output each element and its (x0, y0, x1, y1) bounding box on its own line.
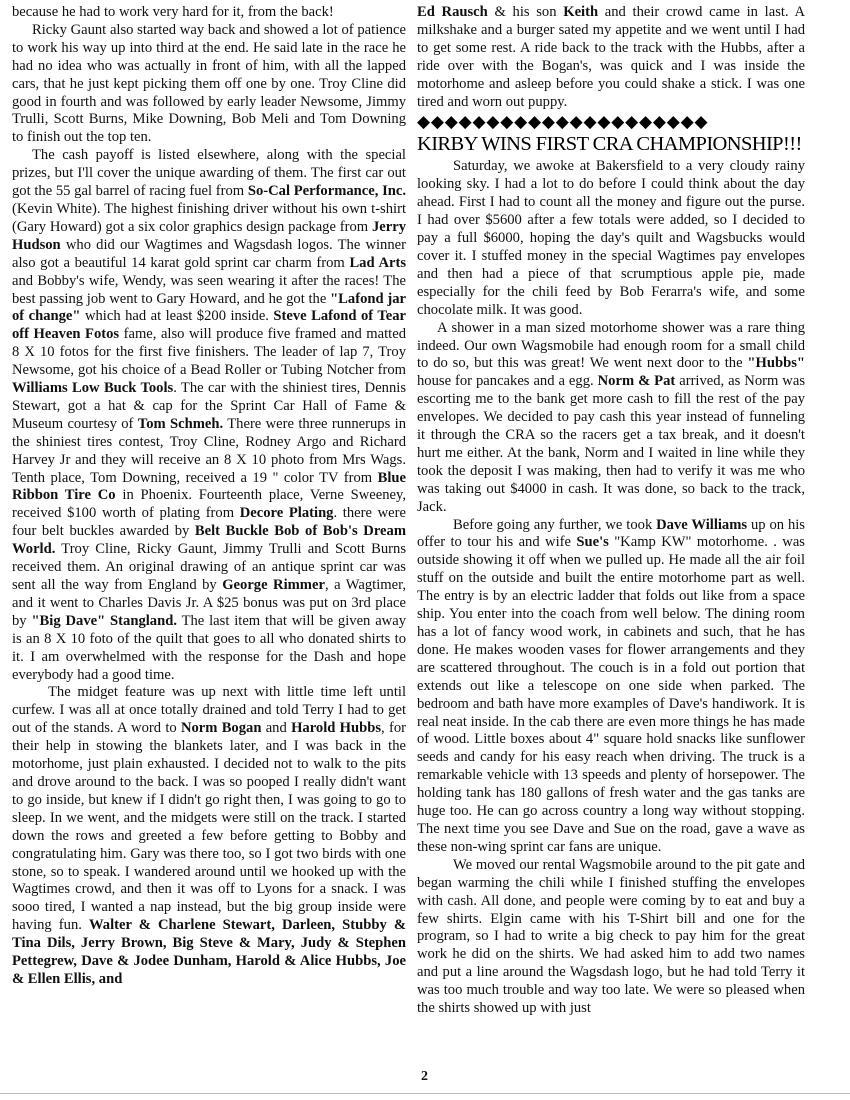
sponsor-name: Lad Arts (349, 255, 406, 271)
sponsor-name: George Rimmer (222, 577, 325, 593)
paragraph-wagsmobile-chili: We moved our rental Wagsmobile around to… (417, 857, 805, 1018)
text: which had at least $200 inside. (81, 308, 274, 324)
left-column: because he had to work very hard for it,… (12, 4, 406, 989)
page-number: 2 (421, 1068, 428, 1086)
paragraph-kamp-kw: Before going any further, we took Dave W… (417, 517, 805, 857)
paragraph-top-ten: Ricky Gaunt also started way back and sh… (12, 22, 406, 147)
person-name: Keith (563, 4, 598, 20)
article-headline: KIRBY WINS FIRST CRA CHAMPIONSHIP!!! (417, 132, 805, 156)
text: and (261, 720, 291, 736)
person-name: Norm & Pat (598, 373, 676, 389)
text: (Kevin White). The highest finishing dri… (12, 201, 406, 235)
paragraph-race-finish-intro: because he had to work very hard for it,… (12, 4, 406, 22)
person-name: Norm Bogan (181, 720, 261, 736)
person-name: Ed Rausch (417, 4, 488, 20)
person-name: Harold Hubbs (291, 720, 381, 736)
text: , for their help in stowing the blankets… (12, 720, 406, 933)
person-name: Sue's (576, 534, 608, 550)
paragraph-saturday: Saturday, we awoke at Bakersfield to a v… (417, 158, 805, 319)
sponsor-name: Tom Schmeh. (138, 416, 223, 432)
paragraph-ed-rausch: Ed Rausch & his son Keith and their crow… (417, 4, 805, 111)
sponsor-name: Decore Plating (240, 505, 334, 521)
text: and (99, 971, 123, 987)
text: arrived, as Norm was escorting me to the… (417, 373, 805, 514)
paragraph-special-prizes: The cash payoff is listed elsewhere, alo… (12, 147, 406, 684)
page-bottom-edge (0, 1093, 850, 1094)
person-name: "Hubbs" (747, 355, 805, 371)
text: house for pancakes and a egg. (417, 373, 598, 389)
text: Before going any further, we took (453, 517, 656, 533)
right-column: Ed Rausch & his son Keith and their crow… (417, 4, 805, 1018)
sponsor-name: So-Cal Performance, Inc. (248, 183, 406, 199)
person-name: Dave Williams (656, 517, 747, 533)
diamond-divider-icon: ◆◆◆◆◆◆◆◆◆◆◆◆◆◆◆◆◆◆◆◆◆ (417, 113, 805, 131)
text: & his son (488, 4, 563, 20)
paragraph-shower-bank: A shower in a man sized motorhome shower… (417, 320, 805, 517)
paragraph-midget-feature: The midget feature was up next with litt… (12, 684, 406, 988)
sponsor-name: Williams Low Buck Tools (12, 380, 173, 396)
text: who did our Wagtimes and Wagsdash logos.… (12, 237, 406, 271)
sponsor-name: "Big Dave" Stangland. (31, 613, 177, 629)
text: "Kamp KW" motorhome. . was outside showi… (417, 534, 805, 854)
newsletter-page: because he had to work very hard for it,… (0, 0, 850, 1100)
